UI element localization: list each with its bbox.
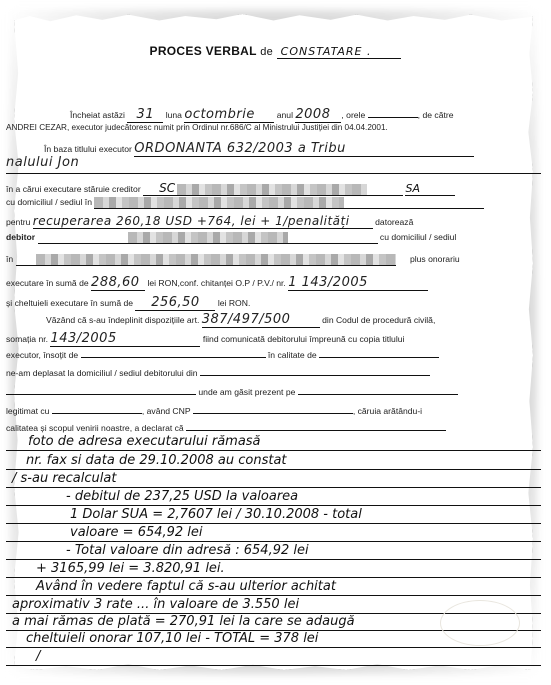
prezent-field bbox=[298, 394, 458, 395]
label: executare în sumă de bbox=[6, 278, 89, 288]
label: lei RON. bbox=[218, 298, 250, 308]
somatia-line: somația nr. 143/2005 fiind comunicată de… bbox=[6, 331, 541, 347]
executor-text: ANDREI CEZAR, executor judecătoresc numi… bbox=[6, 123, 388, 132]
redacted-debitor-address bbox=[36, 254, 396, 265]
handwritten-text: / s-au recalculat bbox=[12, 471, 116, 486]
rule bbox=[6, 160, 541, 174]
cnp-field bbox=[193, 413, 353, 414]
unde-line: unde am găsit prezent pe bbox=[6, 387, 541, 397]
calitatea-line: calitatea și scopul venirii noastre, a d… bbox=[6, 423, 541, 433]
handwritten-text: aproximativ 3 rate ... în valoare de 3.5… bbox=[12, 597, 299, 612]
cheltuieli-line: și cheltuieli executare în sumă de 256,5… bbox=[6, 295, 541, 311]
handwritten-text: - Total valoare din adresă : 654,92 lei bbox=[66, 543, 309, 558]
title-printed: PROCES VERBAL bbox=[150, 44, 257, 58]
label: fiind comunicată debitorului împreună cu… bbox=[203, 334, 405, 344]
label: anul bbox=[277, 110, 293, 120]
handwritten-text: Având în vedere faptul că s-au ulterior … bbox=[36, 579, 336, 594]
domiciliu-line: cu domiciliul / sediul în bbox=[6, 197, 541, 209]
executor-line: ANDREI CEZAR, executor judecătoresc numi… bbox=[6, 123, 541, 132]
label: , orele bbox=[341, 110, 365, 120]
label: , de către bbox=[418, 110, 454, 120]
handwritten-line: / bbox=[6, 648, 541, 666]
handwritten-line: valoare = 654,92 lei bbox=[6, 524, 541, 542]
deplasat-line: ne-am deplasat la domiciliul / sediul de… bbox=[6, 368, 541, 378]
pentru-field: recuperarea 260,18 USD +764, lei + 1/pen… bbox=[33, 214, 373, 229]
label: datorează bbox=[375, 217, 413, 227]
label: calitatea și scopul venirii noastre, a d… bbox=[6, 423, 184, 433]
hour-field bbox=[368, 117, 418, 118]
label: , căruia arătându-i bbox=[353, 406, 422, 416]
label: și cheltuieli executare în sumă de bbox=[6, 298, 133, 308]
label: executor, însoțit de bbox=[6, 350, 78, 360]
handwritten-text: a mai rămas de plată = 270,91 lei la car… bbox=[12, 614, 355, 629]
handwritten-line: + 3165,99 lei = 3.820,91 lei. bbox=[6, 560, 541, 578]
handwritten-line: - Total valoare din adresă : 654,92 lei bbox=[6, 542, 541, 560]
label: Încheiat astăzi bbox=[70, 110, 125, 120]
cheltuieli-field: 256,50 bbox=[135, 295, 215, 311]
somatia-field: 143/2005 bbox=[50, 331, 200, 347]
articole-field: 387/497/500 bbox=[202, 312, 320, 328]
label: legitimat cu bbox=[6, 406, 49, 416]
handwritten-line: nr. fax si data de 29.10.2008 au constat bbox=[6, 452, 541, 470]
creditor-line: în a cărui executare stăruie creditor SC… bbox=[6, 181, 541, 196]
label: ne-am deplasat la domiciliul / sediul de… bbox=[6, 368, 198, 378]
label: din Codul de procedură civilă, bbox=[322, 315, 435, 325]
label: pentru bbox=[6, 217, 30, 227]
title-handwritten: CONSTATARE . bbox=[277, 45, 402, 59]
redacted-creditor bbox=[177, 184, 367, 195]
month-field: octombrie bbox=[184, 107, 274, 123]
day-field: 31 bbox=[127, 107, 163, 123]
handwritten-line: - debitul de 237,25 USD la valoarea bbox=[6, 488, 541, 506]
label: cu domiciliul / sediul bbox=[380, 232, 456, 242]
handwritten-line: 1 Dolar SUA = 2,7607 lei / 30.10.2008 - … bbox=[6, 506, 541, 524]
legitimat-line: legitimat cu , având CNP , căruia arătân… bbox=[6, 406, 541, 416]
chitanta-field: 1 143/2005 bbox=[288, 275, 428, 291]
calitate-field bbox=[319, 357, 439, 358]
declarat-field bbox=[186, 430, 446, 431]
handwritten-text: foto de adresa executarului rămasă bbox=[28, 434, 261, 449]
in-line: în plus onorariu bbox=[6, 254, 541, 266]
title-de: de bbox=[260, 46, 273, 58]
handwritten-text: / bbox=[36, 649, 40, 664]
vazand-line: Văzând că s-au îndeplinit dispozițiile a… bbox=[46, 312, 541, 328]
creditor-end: SA bbox=[405, 182, 455, 196]
handwritten-line: foto de adresa executarului rămasă bbox=[6, 433, 541, 451]
year-field: 2008 bbox=[295, 107, 341, 123]
handwritten-text: cheltuieli onorar 107,10 lei - TOTAL = 3… bbox=[26, 631, 318, 646]
date-line: Încheiat astăzi 31 luna octombrie anul 2… bbox=[70, 107, 541, 123]
executare-suma-field: 288,60 bbox=[91, 275, 145, 291]
handwritten-text: + 3165,99 lei = 3.820,91 lei. bbox=[36, 561, 225, 576]
insotit-line: executor, însoțit de în calitate de bbox=[6, 350, 541, 360]
creditor-start: SC bbox=[159, 181, 175, 195]
handwritten-text: 1 Dolar SUA = 2,7607 lei / 30.10.2008 - … bbox=[70, 507, 362, 522]
insotit-field bbox=[81, 357, 266, 358]
redacted-debitor bbox=[128, 232, 288, 243]
label: unde am găsit prezent pe bbox=[198, 387, 295, 397]
label: somația nr. bbox=[6, 334, 48, 344]
label: plus onorariu bbox=[410, 254, 460, 264]
pentru-line: pentru recuperarea 260,18 USD +764, lei … bbox=[6, 214, 541, 229]
legitimat-field bbox=[52, 413, 142, 414]
highlight-circle bbox=[440, 600, 520, 646]
address-cont-field bbox=[6, 394, 196, 395]
label: cu domiciliul / sediul în bbox=[6, 197, 92, 207]
label: , având CNP bbox=[142, 406, 191, 416]
label: Văzând că s-au îndeplinit dispozițiile a… bbox=[46, 315, 199, 325]
deplasat-field bbox=[200, 375, 430, 376]
label: lei RON,conf. chitanței O.P / P.V./ nr. bbox=[147, 278, 285, 288]
label: în a cărui executare stăruie creditor bbox=[6, 184, 141, 194]
label: În baza titlului executor bbox=[44, 144, 132, 154]
label: în calitate de bbox=[268, 350, 317, 360]
handwritten-text: nr. fax si data de 29.10.2008 au constat bbox=[26, 453, 287, 468]
handwritten-line: / s-au recalculat bbox=[6, 470, 541, 488]
handwritten-text: valoare = 654,92 lei bbox=[70, 525, 203, 540]
handwritten-text: - debitul de 237,25 USD la valoarea bbox=[66, 489, 298, 504]
document-title: PROCES VERBAL de CONSTATARE . bbox=[0, 44, 551, 58]
executare-line: executare în sumă de 288,60 lei RON,conf… bbox=[6, 275, 541, 291]
handwritten-line: Având în vedere faptul că s-au ulterior … bbox=[6, 578, 541, 596]
label: luna bbox=[166, 110, 182, 120]
label: debitor bbox=[6, 232, 35, 242]
redacted-address bbox=[94, 197, 344, 208]
label: în bbox=[6, 254, 13, 264]
debitor-line: debitor cu domiciliul / sediul bbox=[6, 232, 541, 244]
